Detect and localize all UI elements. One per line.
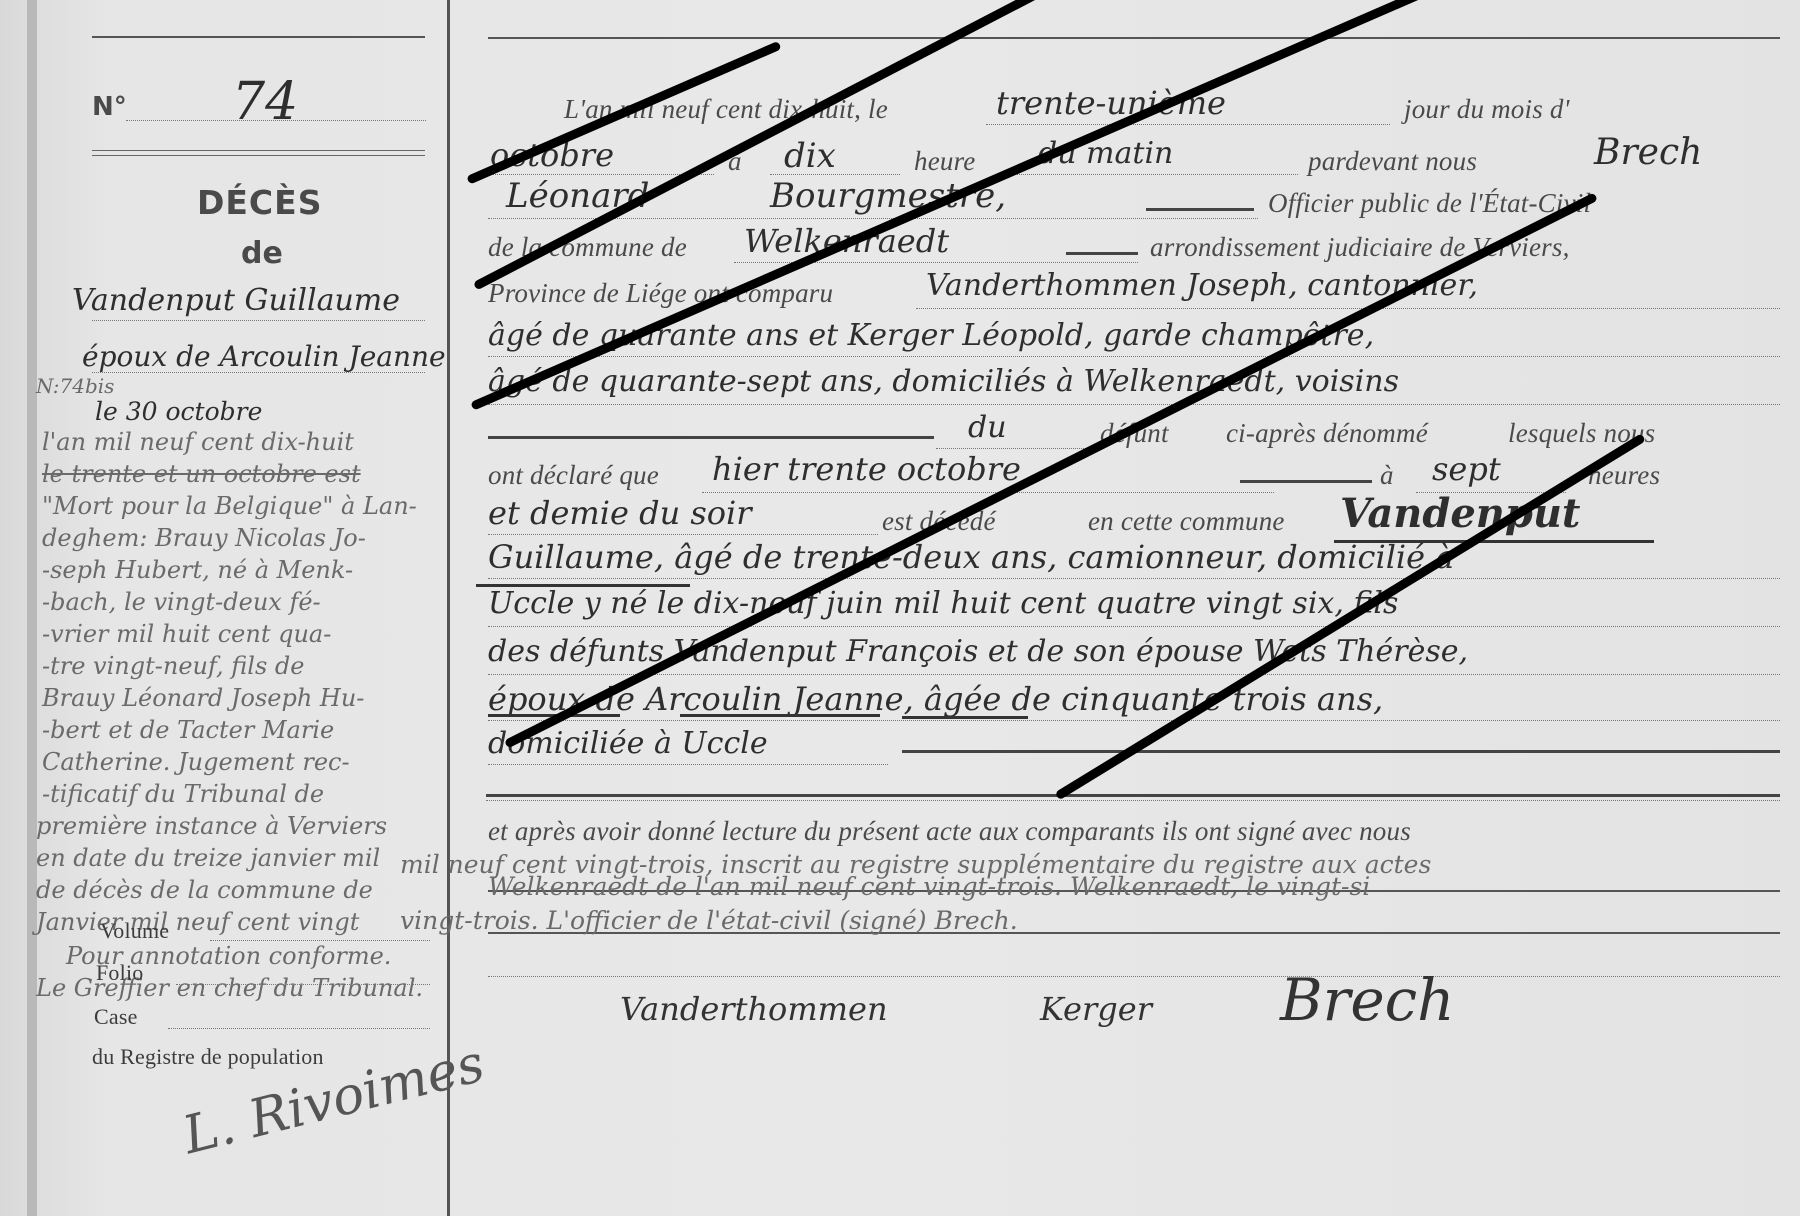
dotted-line xyxy=(488,356,1780,357)
blank-fill-line xyxy=(1146,208,1254,211)
handwritten-death-time: et demie du soir xyxy=(488,494,752,532)
annotation-reference: N:74bis xyxy=(36,374,114,398)
margin-divider-line xyxy=(447,0,450,1216)
folio-label: Folio xyxy=(96,960,143,986)
printed-text: Officier public de l'État-Civil xyxy=(1268,188,1591,219)
handwritten-officer-surname: Brech xyxy=(1594,132,1702,173)
annotation-line: -bach, le vingt-deux fé- xyxy=(42,588,321,616)
annotation-line: Le Greffier en chef du Tribunal. xyxy=(36,974,423,1002)
margin-top-rule xyxy=(92,36,425,38)
dotted-line xyxy=(488,720,1780,721)
printed-text: Province de Liége ont comparu xyxy=(488,278,833,309)
deceased-name: Vandenput Guillaume xyxy=(72,283,400,318)
printed-text: jour du mois d' xyxy=(1404,94,1570,125)
spouse-underline xyxy=(902,716,1028,719)
page-binding-shadow xyxy=(27,0,37,1216)
blank-fill-line xyxy=(1240,480,1372,483)
printed-text: en cette commune xyxy=(1088,506,1285,537)
blank-fill-line xyxy=(486,794,1780,797)
dotted-line xyxy=(1000,174,1298,175)
annotation-line: Catherine. Jugement rec- xyxy=(42,748,350,776)
dotted-line xyxy=(770,174,900,175)
dotted-line xyxy=(986,124,1390,125)
annotation-continuation: Welkenraedt de l'an mil neuf cent vingt-… xyxy=(488,872,1370,901)
handwritten-officer-title: Bourgmestre, xyxy=(770,176,1006,216)
number-rule-1 xyxy=(92,150,425,151)
annotation-line: -tificatif du Tribunal de xyxy=(42,780,324,808)
annotation-line: -vrier mil huit cent qua- xyxy=(42,620,331,648)
name-dotted-line xyxy=(92,320,425,321)
printed-text: à xyxy=(1380,460,1394,491)
case-field xyxy=(168,1028,430,1029)
handwritten-hour: dix xyxy=(784,136,836,176)
closing-statement: et après avoir donné lecture du présent … xyxy=(488,816,1411,847)
annotation-line: le 30 octobre xyxy=(95,397,262,426)
body-top-rule xyxy=(488,37,1780,39)
annotation-line: Janvier mil neuf cent vingt xyxy=(36,908,359,936)
signature-officer: Brech xyxy=(1280,966,1455,1034)
handwritten-birth-details: Uccle y né le dix-neuf juin mil huit cen… xyxy=(488,586,1398,621)
dotted-line xyxy=(702,492,1274,493)
printed-text: ci-après dénommé xyxy=(1226,418,1428,449)
signature-witness-2: Kerger xyxy=(1040,990,1152,1028)
annotation-continuation: vingt-trois. L'officier de l'état-civil … xyxy=(400,906,1018,935)
printed-text: pardevant nous xyxy=(1308,146,1477,177)
handwritten-death-date: hier trente octobre xyxy=(712,450,1021,488)
annotation-line: première instance à Verviers xyxy=(36,812,387,840)
annotation-line: en date du treize janvier mil xyxy=(36,844,380,872)
case-label: Case xyxy=(94,1004,138,1030)
handwritten-witness-details: âgé de quarante-sept ans, domiciliés à W… xyxy=(488,364,1399,399)
annotation-line: -tre vingt-neuf, fils de xyxy=(42,652,304,680)
handwritten-relation: du xyxy=(968,410,1007,445)
annotation-line: l'an mil neuf cent dix-huit xyxy=(42,428,354,456)
register-page: N° 74 DÉCÈS de Vandenput Guillaume époux… xyxy=(0,0,1800,1216)
dotted-line xyxy=(486,800,1780,801)
annotation-line: -bert et de Tacter Marie xyxy=(42,716,334,744)
volume-field xyxy=(210,940,430,941)
annotation-line: Brauy Léonard Joseph Hu- xyxy=(42,684,364,712)
handwritten-deceased-details: Guillaume, âgé de trente-deux ans, camio… xyxy=(488,538,1454,576)
handwritten-death-hour: sept xyxy=(1432,450,1501,488)
annotation-line: le trente et un octobre est xyxy=(42,460,361,488)
blank-fill-line xyxy=(1066,252,1138,255)
number-rule-2 xyxy=(92,155,425,156)
annotation-line: -seph Hubert, né à Menk- xyxy=(42,556,353,584)
dotted-line xyxy=(488,578,1780,579)
dotted-line xyxy=(916,308,1780,309)
signature-witness-1: Vanderthommen xyxy=(620,990,888,1028)
spouse-underline xyxy=(680,714,880,717)
blank-fill-line xyxy=(488,436,934,439)
record-title: DÉCÈS xyxy=(197,183,322,222)
record-number: 74 xyxy=(232,72,298,132)
blank-fill-line xyxy=(902,750,1780,753)
printed-text: ont déclaré que xyxy=(488,460,659,491)
dotted-line xyxy=(488,976,1780,977)
dotted-line xyxy=(936,448,1100,449)
volume-label: Volume xyxy=(100,918,169,944)
dotted-line xyxy=(488,626,1780,627)
spouse-line: époux de Arcoulin Jeanne xyxy=(82,340,446,373)
record-title-de: de xyxy=(241,236,283,271)
annotation-line: de décès de la commune de xyxy=(36,876,373,904)
dotted-line xyxy=(488,674,1780,675)
number-label: N° xyxy=(92,92,127,122)
annotation-line: deghem: Brauy Nicolas Jo- xyxy=(42,524,366,552)
dotted-line xyxy=(488,534,878,535)
spouse-dotted-line xyxy=(92,372,425,373)
annotation-line: "Mort pour la Belgique" à Lan- xyxy=(42,492,417,520)
printed-text: heure xyxy=(914,146,975,177)
folio-field xyxy=(176,984,430,985)
registre-label: du Registre de population xyxy=(92,1044,324,1070)
dotted-line xyxy=(488,764,888,765)
dotted-line xyxy=(488,404,1780,405)
